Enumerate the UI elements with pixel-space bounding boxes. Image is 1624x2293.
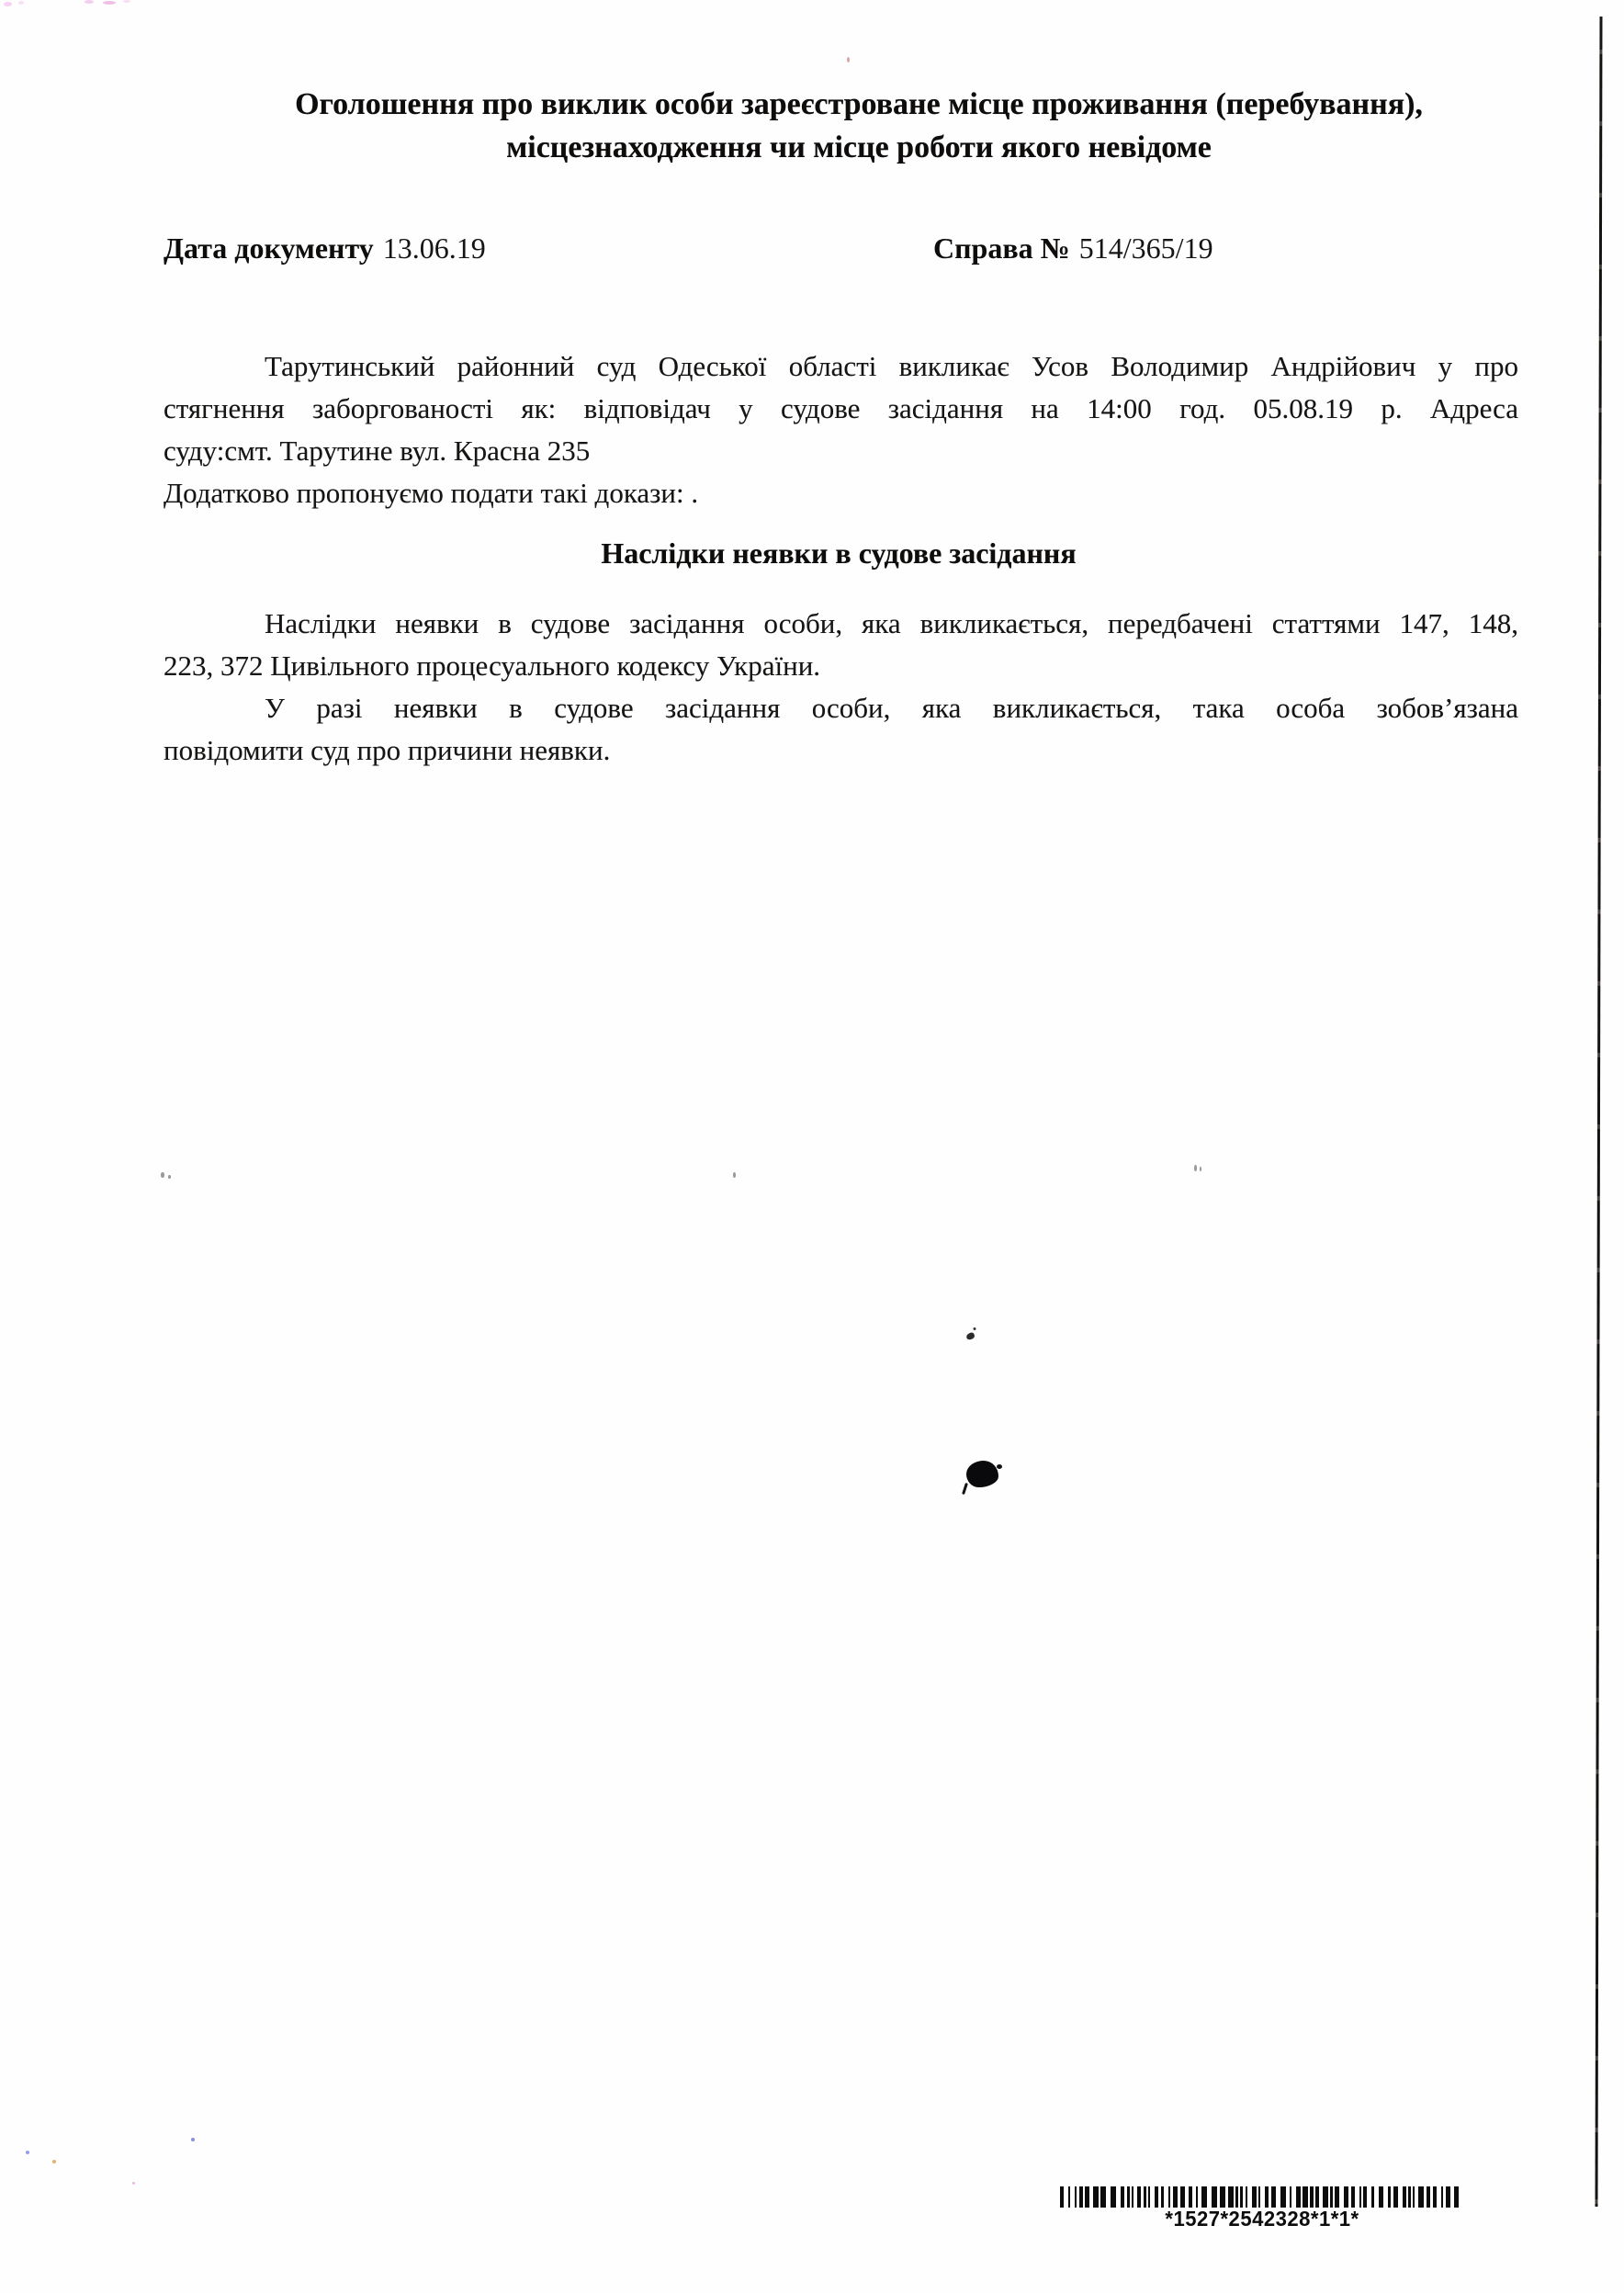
ink-blot	[966, 1461, 998, 1487]
document-date: Дата документу13.06.19	[164, 232, 486, 265]
date-label: Дата документу	[164, 232, 374, 265]
summons-line-3: суду:смт. Тарутине вул. Красна 235	[164, 430, 1518, 472]
scan-speck	[191, 2138, 195, 2141]
summons-line-4: Додатково пропонуємо подати такі докази:…	[164, 472, 1518, 514]
barcode-text: *1527*2542328*1*1*	[1068, 2207, 1456, 2231]
scan-speck	[26, 2151, 29, 2154]
scan-speck	[965, 1332, 976, 1341]
consequences-paragraph: Наслідки неявки в судове засідання особи…	[164, 603, 1518, 687]
meta-row: Дата документу13.06.19 Справа №514/365/1…	[0, 232, 1624, 272]
scan-speck	[4, 2, 12, 6]
barcode: *1527*2542328*1*1*	[1060, 2186, 1464, 2231]
obligation-line-1: У разі неявки в судове засідання особи, …	[164, 687, 1518, 729]
summons-line-2: стягнення заборгованості як: відповідач …	[164, 388, 1518, 430]
case-number: Справа №514/365/19	[933, 232, 1213, 265]
scan-speck	[132, 2182, 135, 2185]
barcode-bars	[1060, 2186, 1464, 2208]
summons-line-1: Тарутинський районний суд Одеської облас…	[164, 345, 1518, 388]
consequences-line-1: Наслідки неявки в судове засідання особи…	[164, 603, 1518, 645]
consequences-line-2: 223, 372 Цивільного процесуального кодек…	[164, 645, 1518, 687]
scan-speck	[847, 57, 850, 62]
scan-speck	[1200, 1167, 1201, 1171]
scan-speck	[733, 1172, 736, 1178]
scan-speck	[52, 2160, 56, 2163]
scan-speck	[161, 1172, 164, 1178]
title-line-2: місцезнаходження чи місце роботи якого н…	[184, 126, 1534, 169]
summons-paragraph: Тарутинський районний суд Одеської облас…	[164, 345, 1518, 514]
scan-edge-line	[1596, 17, 1603, 2207]
obligation-paragraph: У разі неявки в судове засідання особи, …	[164, 687, 1518, 772]
section-heading: Наслідки неявки в судове засідання	[164, 537, 1514, 570]
scan-speck	[1194, 1165, 1197, 1171]
obligation-line-2: повідомити суд про причини неявки.	[164, 729, 1518, 772]
case-label: Справа №	[933, 232, 1070, 265]
scan-speck	[123, 0, 130, 3]
document-title: Оголошення про виклик особи зареєстрован…	[184, 83, 1534, 169]
title-line-1: Оголошення про виклик особи зареєстрован…	[184, 83, 1534, 126]
date-value: 13.06.19	[383, 232, 486, 265]
document-page: Оголошення про виклик особи зареєстрован…	[0, 0, 1624, 2293]
case-value: 514/365/19	[1079, 232, 1213, 265]
scan-speck	[168, 1175, 171, 1179]
scan-speck	[85, 0, 94, 4]
scan-speck	[103, 1, 116, 5]
scan-speck	[18, 1, 24, 5]
